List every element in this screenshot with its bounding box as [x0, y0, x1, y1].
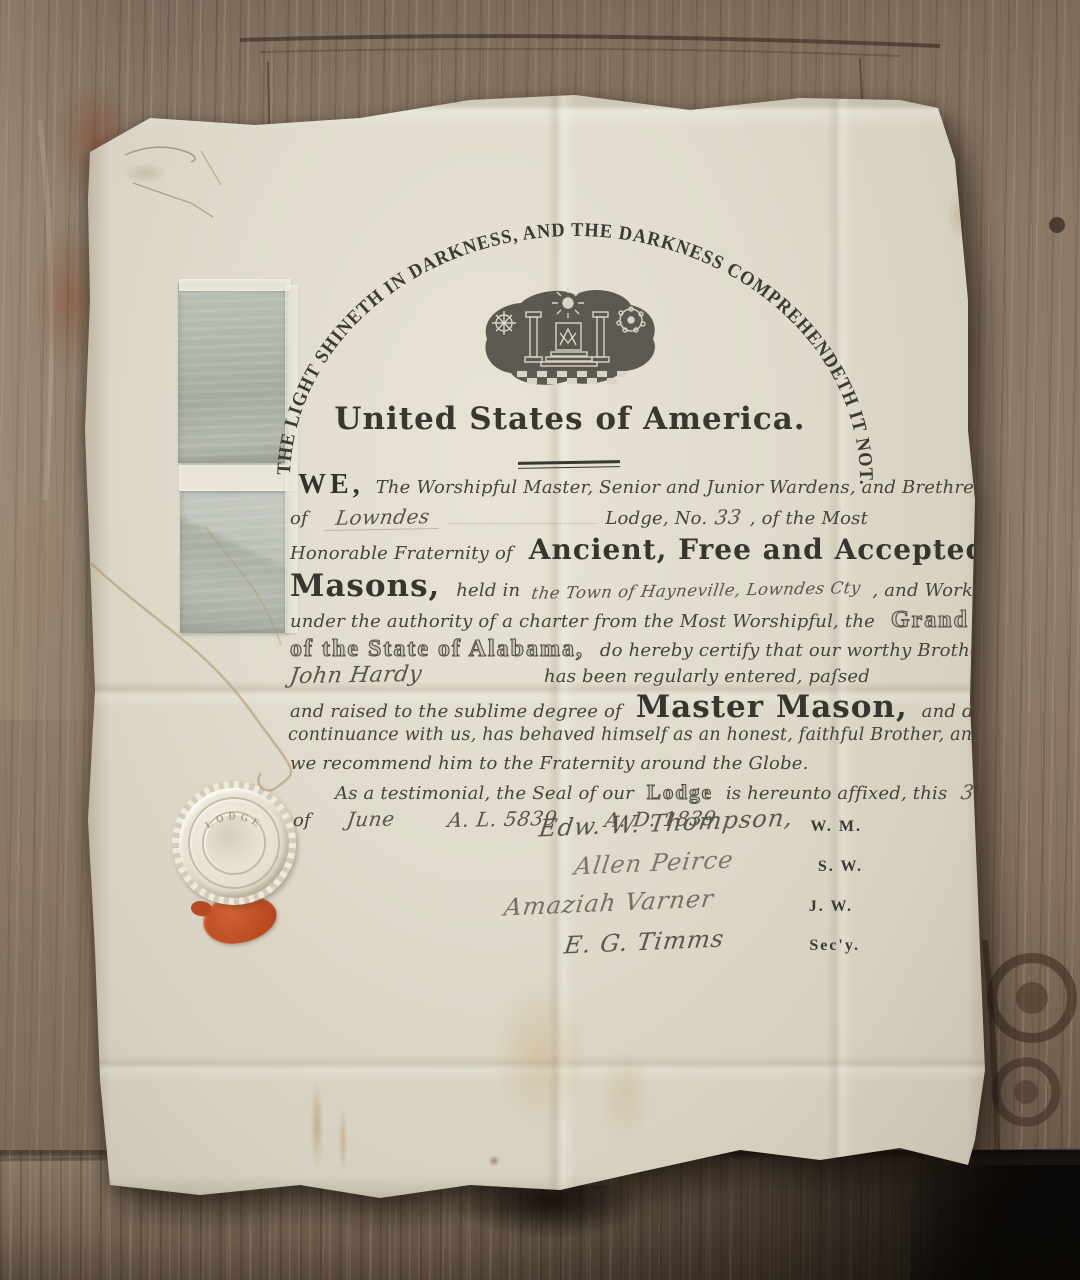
masons-word: Masons, [290, 568, 440, 604]
continuance-line: continuance with us, has behaved himself… [288, 725, 1063, 745]
of-label: of [290, 508, 308, 529]
place-handwritten: the Town of Hayneville, Lowndes Cty [530, 578, 862, 603]
signature-row: Allen Peirce S. W. [575, 849, 863, 877]
certificate-parchment: THE LIGHT SHINETH IN DARKNESS, AND THE D… [85, 95, 990, 1205]
certify-line: do hereby certify that our worthy Brothe… [600, 640, 990, 661]
nation-title: United States of America. [245, 401, 895, 437]
photo-of-masonic-certificate: THE LIGHT SHINETH IN DARKNESS, AND THE D… [0, 0, 1080, 1280]
authority-line: under the authority of a charter from th… [290, 611, 875, 632]
lodge-label: Lodge, No. [605, 508, 707, 529]
testimonial-pre: As a testimonial, the Seal of our [335, 783, 634, 804]
signature-row: Amaziah Varner J. W. [505, 889, 853, 917]
fraternity-name: Ancient, Free and Accepted [529, 533, 986, 566]
signature-wm-title: W. M. [810, 818, 862, 836]
held-in: held in [456, 580, 520, 601]
parchment-wrap: THE LIGHT SHINETH IN DARKNESS, AND THE D… [85, 95, 990, 1205]
signature-row: Edw. W. Thompson, W. M. [540, 809, 862, 837]
testimonial-post: is hereunto affixed, this [726, 783, 948, 804]
signature-sw: Allen Peirce [573, 846, 736, 881]
day-number-handwritten: 3rd [960, 780, 991, 804]
masonic-engraving [473, 283, 663, 397]
raised-pre: and raised to the sublime degree of [290, 701, 622, 722]
entered-line: has been regularly entered, paſsed [544, 666, 870, 687]
master-mason-words: Master Mason, [636, 689, 908, 725]
of-the-most: , of the Most [750, 508, 868, 529]
lodge-number-handwritten: 33 [714, 505, 744, 529]
state-line: of the State of Alabama, [290, 636, 584, 662]
sun-icon [563, 298, 573, 308]
brother-name-handwritten: John Hardy [288, 662, 424, 689]
we-word: WE, [298, 469, 364, 500]
recommend-line: we recommend him to the Fraternity aroun… [290, 753, 809, 774]
lodge-name-handwritten: Lowndes [324, 504, 442, 531]
signature-jw-title: J. W. [809, 898, 853, 916]
and-working: , and Working [872, 580, 1002, 601]
signature-wm: Edw. W. Thompson, [537, 804, 795, 843]
officers-line: The Worshipful Master, Senior and Junior… [376, 477, 992, 498]
of-label-2: of [293, 810, 311, 831]
signature-secy: E. G. Timms [563, 925, 727, 960]
signature-jw: Amaziah Varner [502, 884, 715, 921]
signature-row: E. G. Timms Sec'y. [565, 928, 860, 956]
blank-rule [448, 523, 598, 524]
signature-secy-title: Sec'y. [809, 937, 860, 955]
wood-hole [1049, 217, 1065, 233]
signature-sw-title: S. W. [818, 858, 863, 876]
fraternity-pre: Honorable Fraternity of [290, 543, 513, 564]
month-handwritten: June [345, 807, 396, 832]
lodge-word-openface: Lodge [647, 780, 713, 804]
